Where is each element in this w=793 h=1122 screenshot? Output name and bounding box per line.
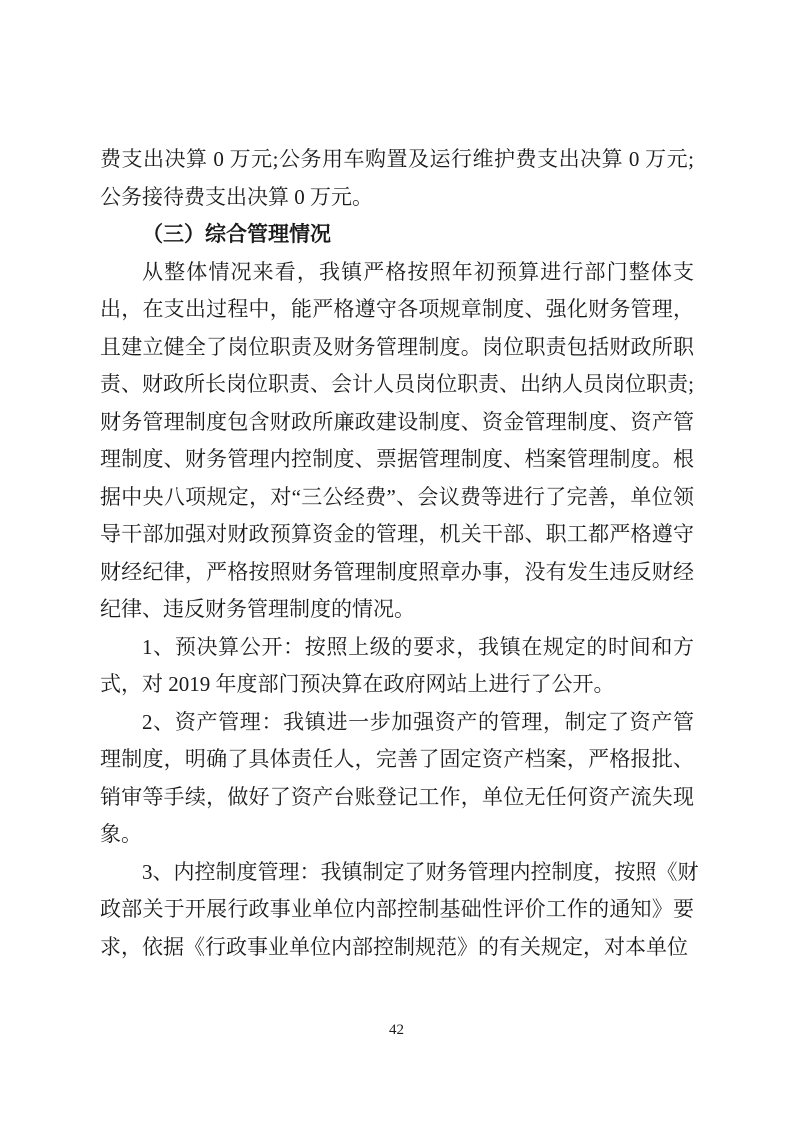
text-line: 财务管理制度包含财政所廉政建设制度、资金管理制度、资产管 [100,404,694,442]
text-line: 出，在支出过程中，能严格遵守各项规章制度、强化财务管理， [100,291,694,329]
text-line: 理制度、财务管理内控制度、票据管理制度、档案管理制度。根 [100,441,694,479]
continuation-paragraph: 费支出决算 0 万元;公务用车购置及运行维护费支出决算 0 万元; 公务接待费支… [100,141,694,216]
text-line: 纪律、违反财务管理制度的情况。 [100,591,694,629]
item-3-internal-control: 3、内控制度管理：我镇制定了财务管理内控制度，按照《财 政部关于开展行政事业单位… [100,854,694,967]
page-content: 费支出决算 0 万元;公务用车购置及运行维护费支出决算 0 万元; 公务接待费支… [100,141,694,966]
text-line: 责、财政所长岗位职责、会计人员岗位职责、出纳人员岗位职责; [100,366,694,404]
text-line: 1、预决算公开：按照上级的要求，我镇在规定的时间和方 [100,629,694,667]
text-line: 2、资产管理：我镇进一步加强资产的管理，制定了资产管 [100,704,694,742]
text-line: 公务接待费支出决算 0 万元。 [100,179,694,217]
text-line: 象。 [100,816,694,854]
item-2-asset-management: 2、资产管理：我镇进一步加强资产的管理，制定了资产管 理制度，明确了具体责任人，… [100,704,694,854]
text-line: 财经纪律，严格按照财务管理制度照章办事，没有发生违反财经 [100,554,694,592]
page-footer: 42 [0,1021,793,1039]
item-1-budget-disclosure: 1、预决算公开：按照上级的要求，我镇在规定的时间和方 式，对 2019 年度部门… [100,629,694,704]
text-line: 式，对 2019 年度部门预决算在政府网站上进行了公开。 [100,666,694,704]
text-line: 销审等手续，做好了资产台账登记工作，单位无任何资产流失现 [100,779,694,817]
text-line: 据中央八项规定，对“三公经费”、会议费等进行了完善，单位领 [100,479,694,517]
text-line: 理制度，明确了具体责任人，完善了固定资产档案，严格报批、 [100,741,694,779]
text-line: 费支出决算 0 万元;公务用车购置及运行维护费支出决算 0 万元; [100,141,694,179]
text-line: 且建立健全了岗位职责及财务管理制度。岗位职责包括财政所职 [100,329,694,367]
text-line: 3、内控制度管理：我镇制定了财务管理内控制度，按照《财 [100,854,694,892]
text-line: 从整体情况来看，我镇严格按照年初预算进行部门整体支 [100,254,694,292]
text-line: 政部关于开展行政事业单位内部控制基础性评价工作的通知》要 [100,891,694,929]
section-heading: （三）综合管理情况 [100,216,694,254]
overall-management-paragraph: 从整体情况来看，我镇严格按照年初预算进行部门整体支 出，在支出过程中，能严格遵守… [100,254,694,629]
page-number: 42 [389,1022,404,1038]
document-page: 费支出决算 0 万元;公务用车购置及运行维护费支出决算 0 万元; 公务接待费支… [0,0,793,1122]
text-line: 导干部加强对财政预算资金的管理，机关干部、职工都严格遵守 [100,516,694,554]
text-line: 求，依据《行政事业单位内部控制规范》的有关规定，对本单位 [100,929,694,967]
section-heading-text: （三）综合管理情况 [100,216,694,254]
